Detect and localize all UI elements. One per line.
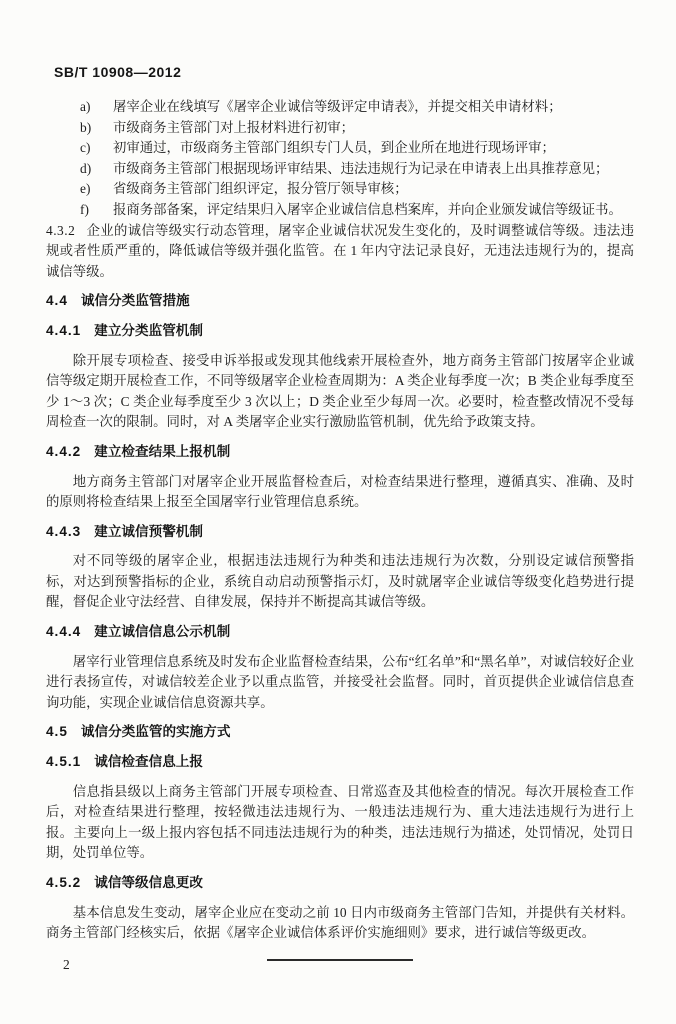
heading-title: 诚信等级信息更改	[94, 875, 203, 890]
heading-4-5-2: 4.5.2诚信等级信息更改	[46, 873, 634, 894]
heading-4-5: 4.5诚信分类监管的实施方式	[46, 722, 634, 743]
list-item-text: 市级商务主管部门根据现场评审结果、违法违规行为记录在申请表上出具推荐意见；	[113, 159, 634, 180]
heading-4-4: 4.4诚信分类监管措施	[46, 291, 634, 312]
list-item-text: 初审通过，市级商务主管部门组织专门人员，到企业所在地进行现场评审；	[113, 138, 634, 159]
paragraph-4-4-1: 除开展专项检查、接受申诉举报或发现其他线索开展检查外，地方商务主管部门按屠宰企业…	[46, 351, 634, 433]
heading-number: 4.4.1	[46, 323, 81, 338]
paragraph-4-4-3: 对不同等级的屠宰企业，根据违法违规行为种类和违法违规行为次数，分别设定诚信预警指…	[46, 551, 634, 613]
list-item-text: 市级商务主管部门对上报材料进行初审；	[113, 118, 634, 139]
list-item-c: c) 初审通过，市级商务主管部门组织专门人员，到企业所在地进行现场评审；	[46, 138, 634, 159]
heading-title: 诚信分类监管措施	[81, 293, 190, 308]
heading-title: 诚信分类监管的实施方式	[81, 724, 231, 739]
list-item-label: c)	[80, 138, 98, 159]
list-item-label: a)	[80, 97, 98, 118]
heading-number: 4.4.2	[46, 444, 81, 459]
end-of-text-rule	[267, 959, 413, 961]
evaluation-procedure-list: a) 屠宰企业在线填写《屠宰企业诚信等级评定申请表》，并提交相关申请材料； b)…	[46, 97, 634, 221]
paragraph-4-5-1: 信息指县级以上商务主管部门开展专项检查、日常巡查及其他检查的情况。每次开展检查工…	[46, 782, 634, 864]
list-item-text: 屠宰企业在线填写《屠宰企业诚信等级评定申请表》，并提交相关申请材料；	[113, 97, 634, 118]
heading-title: 建立诚信预警机制	[94, 524, 203, 539]
heading-number: 4.5.2	[46, 875, 81, 890]
heading-title: 建立分类监管机制	[94, 323, 203, 338]
list-item-text: 省级商务主管部门组织评定，报分管厅领导审核；	[113, 179, 634, 200]
heading-number: 4.5.1	[46, 754, 81, 769]
paragraph-4-4-4: 屠宰行业管理信息系统及时发布企业监督检查结果，公布“红名单”和“黑名单”，对诚信…	[46, 652, 634, 714]
list-item-f: f) 报商务部备案，评定结果归入屠宰企业诚信信息档案库，并向企业颁发诚信等级证书…	[46, 200, 634, 221]
list-item-e: e) 省级商务主管部门组织评定，报分管厅领导审核；	[46, 179, 634, 200]
heading-number: 4.5	[46, 724, 68, 739]
heading-number: 4.4.3	[46, 524, 81, 539]
paragraph-4-5-2: 基本信息发生变动，屠宰企业应在变动之前 10 日内市级商务主管部门告知，并提供有…	[46, 903, 634, 944]
list-item-label: e)	[80, 179, 98, 200]
heading-4-4-4: 4.4.4建立诚信信息公示机制	[46, 622, 634, 643]
list-item-b: b) 市级商务主管部门对上报材料进行初审；	[46, 118, 634, 139]
list-item-text: 报商务部备案，评定结果归入屠宰企业诚信信息档案库，并向企业颁发诚信等级证书。	[113, 200, 634, 221]
heading-4-4-1: 4.4.1建立分类监管机制	[46, 321, 634, 342]
heading-4-5-1: 4.5.1诚信检查信息上报	[46, 752, 634, 773]
heading-4-4-3: 4.4.3建立诚信预警机制	[46, 522, 634, 543]
list-item-label: d)	[80, 159, 98, 180]
paragraph-4-4-2: 地方商务主管部门对屠宰企业开展监督检查后，对检查结果进行整理，遵循真实、准确、及…	[46, 472, 634, 513]
document-page: SB/T 10908—2012 a) 屠宰企业在线填写《屠宰企业诚信等级评定申请…	[0, 0, 676, 1024]
page-number: 2	[63, 957, 70, 973]
clause-text: 企业的诚信等级实行动态管理，屠宰企业诚信状况发生变化的，及时调整诚信等级。违法违…	[46, 223, 634, 279]
heading-number: 4.4	[46, 293, 68, 308]
clause-number: 4.3.2	[46, 223, 75, 238]
heading-4-4-2: 4.4.2建立检查结果上报机制	[46, 442, 634, 463]
heading-title: 建立诚信信息公示机制	[94, 624, 230, 639]
list-item-label: f)	[80, 200, 98, 221]
standard-number-header: SB/T 10908—2012	[54, 64, 634, 80]
list-item-d: d) 市级商务主管部门根据现场评审结果、违法违规行为记录在申请表上出具推荐意见；	[46, 159, 634, 180]
heading-title: 建立检查结果上报机制	[94, 444, 230, 459]
clause-4-3-2: 4.3.2企业的诚信等级实行动态管理，屠宰企业诚信状况发生变化的，及时调整诚信等…	[46, 221, 634, 283]
list-item-label: b)	[80, 118, 98, 139]
heading-number: 4.4.4	[46, 624, 81, 639]
heading-title: 诚信检查信息上报	[94, 754, 203, 769]
list-item-a: a) 屠宰企业在线填写《屠宰企业诚信等级评定申请表》，并提交相关申请材料；	[46, 97, 634, 118]
